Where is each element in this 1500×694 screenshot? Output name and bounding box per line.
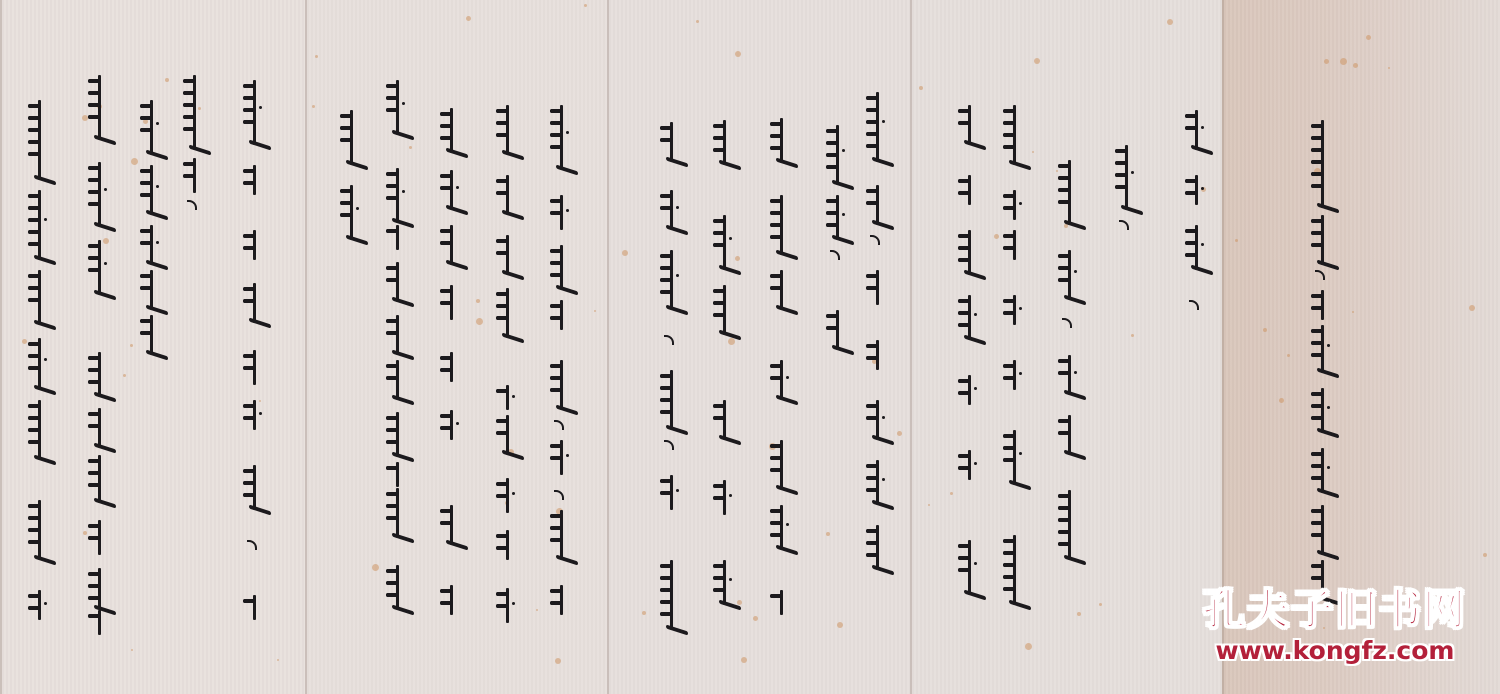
mongolian-word: [432, 285, 472, 320]
mongolian-word: [1303, 505, 1343, 555]
mongolian-word: [175, 158, 215, 193]
foxing-spot: [1034, 58, 1040, 64]
mongolian-word: [332, 110, 372, 165]
panel-fold: [607, 0, 609, 694]
mongolian-word: [1177, 110, 1217, 150]
mongolian-word: [858, 185, 898, 225]
mongolian-word: [432, 505, 472, 545]
mongolian-word: [378, 80, 418, 135]
watermark: 孔夫子旧书网 www.kongfz.com: [1190, 585, 1490, 669]
foxing-spot: [1279, 398, 1284, 403]
mongolian-word: [432, 410, 472, 440]
mongolian-word: [1050, 355, 1090, 395]
mongolian-word: [20, 100, 60, 180]
foxing-spot: [536, 609, 538, 611]
mongolian-word: [432, 225, 472, 265]
mongolian-word: [20, 500, 60, 560]
mongolian-word: [950, 175, 990, 205]
mongolian-word: [858, 270, 898, 305]
mongolian-word: [488, 288, 528, 338]
mongolian-word: [950, 230, 990, 275]
foxing-spot: [950, 492, 953, 495]
mongolian-word: [995, 535, 1035, 605]
mongolian-word: [235, 400, 275, 430]
mongolian-word: [488, 235, 528, 275]
mongolian-word: [378, 488, 418, 538]
mongolian-word: [995, 190, 1035, 220]
mongolian-word: [1107, 145, 1147, 210]
foxing-spot: [1099, 603, 1102, 606]
mongolian-word: [1303, 215, 1343, 265]
mongolian-word: [132, 100, 172, 155]
foxing-spot: [642, 611, 646, 615]
mongolian-word: [235, 165, 275, 195]
mongolian-word: [20, 338, 60, 390]
mongolian-word: [995, 430, 1035, 485]
foxing-spot: [131, 158, 138, 165]
mongolian-word: [378, 315, 418, 355]
mongolian-word: [818, 195, 858, 240]
mongolian-word: [80, 352, 120, 397]
mongolian-word: [818, 125, 858, 185]
foxing-spot: [1483, 553, 1487, 557]
mongolian-word: [858, 92, 898, 162]
mongolian-word: [132, 165, 172, 215]
mongolian-word: [542, 245, 582, 290]
mongolian-word: [132, 270, 172, 310]
foxing-spot: [826, 532, 830, 536]
mongolian-word: [652, 475, 692, 510]
foxing-spot: [315, 55, 318, 58]
foxing-spot: [837, 622, 843, 628]
foxing-spot: [409, 146, 412, 149]
foxing-spot: [622, 250, 628, 256]
mongolian-word: [432, 585, 472, 615]
mongolian-word: [432, 170, 472, 210]
mongolian-word: [1050, 250, 1090, 300]
mongolian-word: [20, 190, 60, 260]
watermark-url: www.kongfz.com: [1190, 635, 1480, 667]
mongolian-word: [652, 250, 692, 310]
mongolian-word: [858, 525, 898, 570]
mongolian-word: [20, 270, 60, 325]
foxing-spot: [555, 658, 561, 664]
mongolian-word: [762, 360, 802, 400]
mongolian-word: [858, 340, 898, 370]
mongolian-word: [542, 440, 582, 475]
foxing-spot: [1353, 63, 1358, 68]
foxing-spot: [131, 649, 133, 651]
mongolian-word: [1303, 448, 1343, 493]
mongolian-word: [235, 283, 275, 323]
mongolian-word: [858, 460, 898, 505]
mongolian-word: [995, 230, 1035, 260]
foxing-spot: [165, 78, 169, 82]
mongolian-word: [132, 315, 172, 355]
foxing-spot: [1287, 354, 1290, 357]
foxing-spot: [753, 616, 758, 621]
foxing-spot: [919, 86, 923, 90]
mongolian-word: [1303, 120, 1343, 208]
foxing-spot: [476, 318, 483, 325]
foxing-spot: [728, 338, 735, 345]
mongolian-word: [762, 505, 802, 550]
mongolian-word: [378, 225, 418, 250]
mongolian-word: [80, 568, 120, 610]
foxing-spot: [584, 4, 587, 7]
mongolian-word: [80, 408, 120, 448]
foxing-spot: [735, 51, 741, 57]
mongolian-word: [542, 585, 582, 615]
mongolian-word: [652, 122, 692, 162]
foxing-spot: [1469, 305, 1475, 311]
mongolian-word: [542, 510, 582, 560]
watermark-title: 孔夫子旧书网: [1190, 585, 1480, 635]
mongolian-word: [762, 270, 802, 310]
foxing-spot: [1263, 328, 1267, 332]
foxing-spot: [594, 310, 596, 312]
foxing-spot: [1340, 58, 1347, 65]
mongolian-word: [1303, 290, 1343, 320]
foxing-spot: [1352, 311, 1354, 313]
mongolian-word: [432, 108, 472, 153]
mongolian-word: [950, 450, 990, 480]
panel-fold: [305, 0, 307, 694]
mongolian-word: [80, 75, 120, 140]
foxing-spot: [1077, 612, 1081, 616]
mongolian-word: [705, 285, 745, 335]
mongolian-word: [1050, 490, 1090, 560]
mongolian-word: [652, 560, 692, 630]
mongolian-word: [235, 350, 275, 385]
mongolian-word: [542, 195, 582, 230]
mongolian-word: [762, 118, 802, 163]
mongolian-word: [1050, 160, 1090, 225]
foxing-spot: [696, 20, 699, 23]
mongolian-word: [950, 295, 990, 340]
foxing-spot: [1235, 239, 1238, 242]
mongolian-word: [995, 295, 1035, 325]
mongolian-word: [762, 440, 802, 490]
mongolian-word: [378, 360, 418, 400]
mongolian-word: [20, 590, 60, 620]
mongolian-word: [950, 540, 990, 595]
mongolian-word: [1177, 175, 1217, 205]
foxing-spot: [312, 105, 315, 108]
foxing-spot: [1025, 643, 1032, 650]
mongolian-word: [542, 105, 582, 170]
mongolian-word: [652, 370, 692, 430]
panel-fold: [910, 0, 912, 694]
mongolian-word: [762, 590, 802, 615]
foxing-spot: [1366, 35, 1371, 40]
mongolian-word: [378, 565, 418, 610]
mongolian-word: [542, 300, 582, 330]
mongolian-word: [80, 240, 120, 295]
mongolian-word: [175, 75, 215, 150]
mongolian-word: [378, 412, 418, 457]
mongolian-word: [80, 455, 120, 503]
foxing-spot: [928, 504, 930, 506]
mongolian-word: [705, 120, 745, 165]
mongolian-word: [705, 560, 745, 605]
mongolian-word: [488, 385, 528, 410]
mongolian-word: [488, 530, 528, 560]
mongolian-word: [132, 225, 172, 265]
mongolian-word: [995, 105, 1035, 165]
foxing-spot: [476, 299, 480, 303]
mongolian-word: [235, 80, 275, 145]
mongolian-word: [950, 375, 990, 405]
mongolian-word: [432, 352, 472, 382]
mongolian-word: [705, 400, 745, 440]
mongolian-word: [1050, 415, 1090, 455]
foxing-spot: [466, 16, 471, 21]
mongolian-word: [1303, 325, 1343, 373]
foxing-spot: [277, 659, 279, 661]
mongolian-word: [235, 465, 275, 510]
foxing-spot: [741, 657, 747, 663]
foxing-spot: [1388, 67, 1390, 69]
mongolian-word: [762, 195, 802, 255]
mongolian-word: [1177, 225, 1217, 270]
mongolian-word: [652, 190, 692, 230]
panel-fold: [0, 0, 2, 694]
mongolian-word: [488, 105, 528, 155]
mongolian-word: [488, 588, 528, 623]
mongolian-word: [332, 185, 372, 240]
mongolian-word: [378, 262, 418, 302]
mongolian-word: [950, 105, 990, 145]
mongolian-word: [1303, 388, 1343, 433]
mongolian-word: [488, 415, 528, 455]
mongolian-word: [378, 168, 418, 223]
mongolian-word: [818, 310, 858, 350]
mongolian-word: [378, 462, 418, 487]
foxing-spot: [123, 374, 126, 377]
mongolian-word: [995, 360, 1035, 390]
mongolian-word: [235, 595, 275, 620]
mongolian-word: [235, 230, 275, 260]
mongolian-word: [705, 215, 745, 270]
mongolian-word: [542, 360, 582, 410]
mongolian-word: [80, 520, 120, 555]
mongolian-word: [488, 478, 528, 513]
foxing-spot: [1324, 59, 1329, 64]
foxing-spot: [1167, 19, 1173, 25]
mongolian-word: [80, 610, 120, 635]
mongolian-word: [858, 400, 898, 440]
mongolian-word: [20, 400, 60, 460]
mongolian-word: [705, 480, 745, 515]
mongolian-word: [80, 162, 120, 227]
mongolian-word: [488, 175, 528, 215]
foxing-spot: [1131, 334, 1134, 337]
